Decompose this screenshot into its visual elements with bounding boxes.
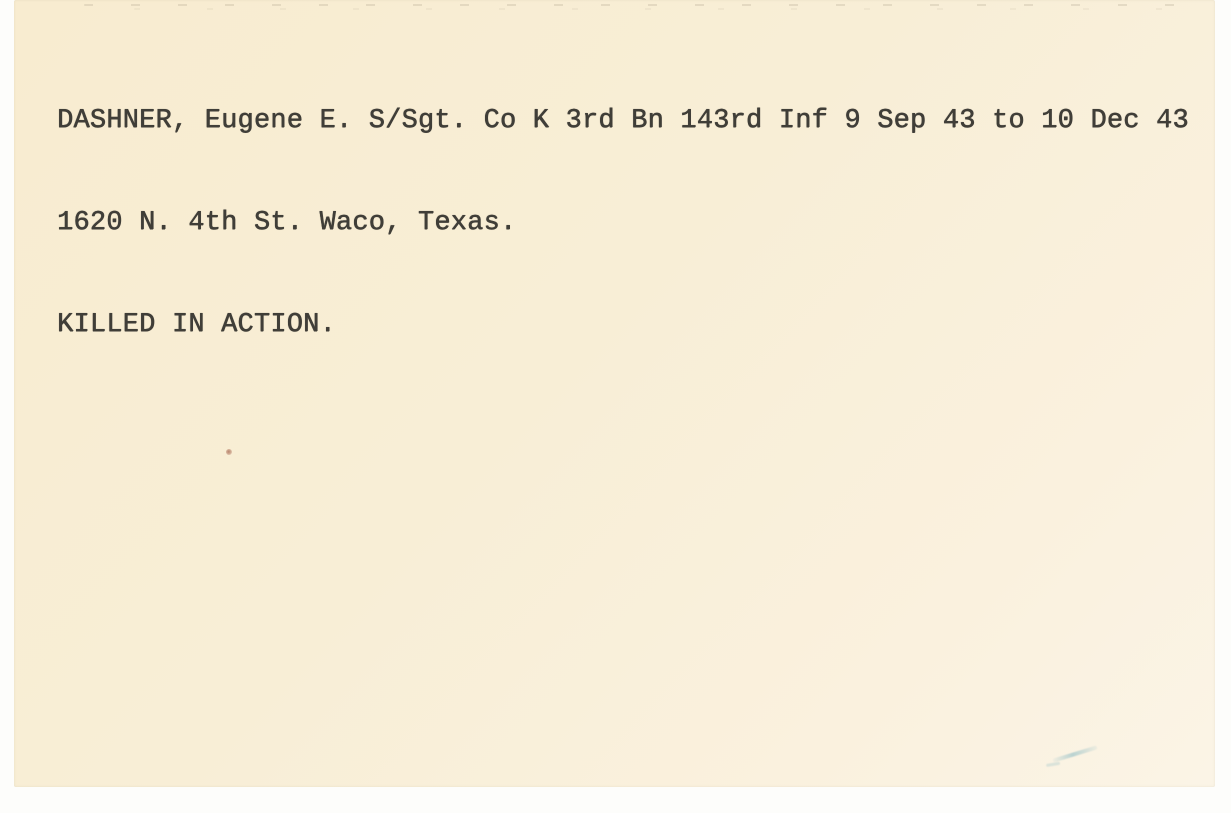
address-line: 1620 N. 4th St. Waco, Texas. — [57, 206, 1207, 240]
service-record-line: DASHNER, Eugene E. S/Sgt. Co K 3rd Bn 14… — [57, 104, 1207, 138]
typed-text-block: DASHNER, Eugene E. S/Sgt. Co K 3rd Bn 14… — [57, 36, 1207, 410]
ink-speck — [226, 449, 232, 455]
scan-artifact-dashes — [134, 8, 1207, 10]
pencil-mark — [1052, 745, 1097, 762]
index-card: DASHNER, Eugene E. S/Sgt. Co K 3rd Bn 14… — [14, 0, 1215, 787]
scan-artifact-dashes — [84, 4, 1207, 6]
casualty-status-line: KILLED IN ACTION. — [57, 308, 1207, 342]
scan-background: DASHNER, Eugene E. S/Sgt. Co K 3rd Bn 14… — [0, 0, 1231, 813]
